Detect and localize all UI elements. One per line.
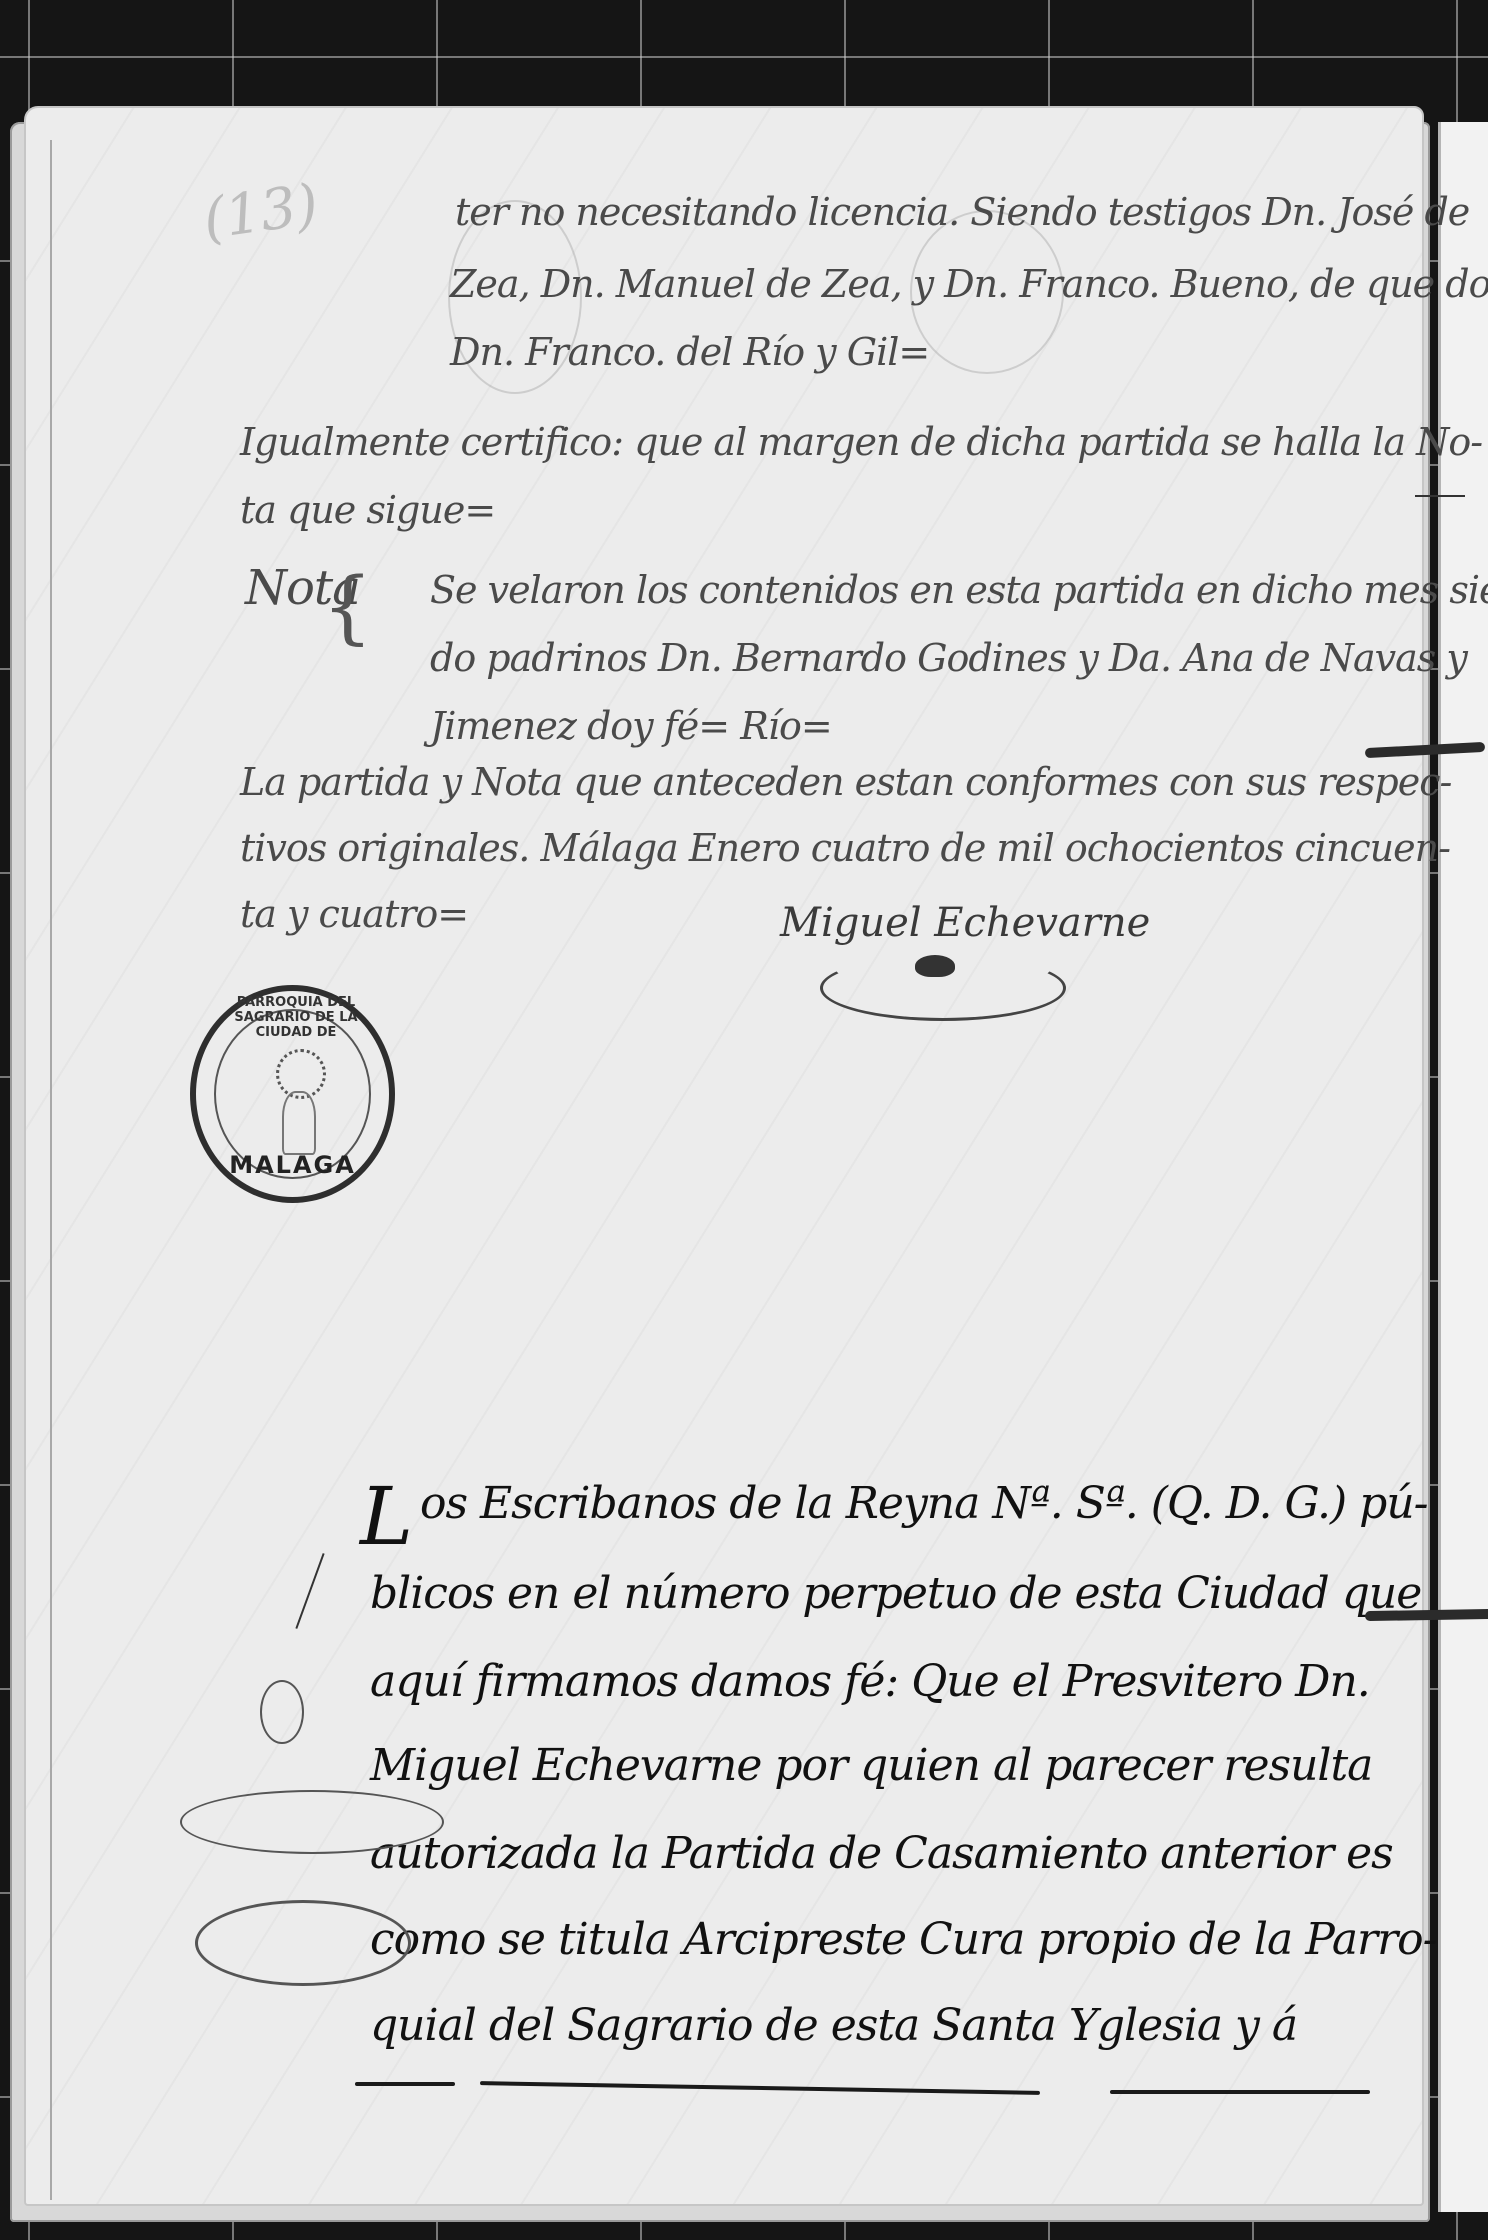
text-line: aquí firmamos damos fé: Que el Presviter… [370,1656,1370,1707]
text-line: autorizada la Partida de Casamiento ante… [370,1828,1393,1879]
binding-thread [1365,1609,1488,1621]
text-line: ta y cuatro= [240,892,468,936]
ink-blot [915,955,955,977]
closing-underline [1110,2090,1370,2094]
signature-miguel-echevarne: Miguel Echevarne [780,900,1150,946]
edge-marker [1415,495,1465,497]
stamp-arc-text: PARROQUIA DEL SAGRARIO DE LA CIUDAD DE [206,995,386,1040]
page-fold-line [50,140,52,2200]
folio-number: (13) [199,173,320,277]
text-line: ta que sigue= [240,488,495,532]
text-line: tivos originales. Málaga Enero cuatro de… [240,826,1450,870]
margin-flourish-loop [260,1680,304,1744]
text-line: Dn. Franco. del Río y Gil= [450,330,929,374]
stamp-figure-icon [282,1091,316,1155]
margin-flourish-oval [180,1790,444,1854]
text-line: Se velaron los contenidos en esta partid… [430,568,1488,612]
text-line: quial del Sagrario de esta Santa Yglesia… [370,2000,1297,2051]
text-line: blicos en el número perpetuo de esta Ciu… [370,1568,1421,1619]
drop-cap-letter: L [360,1470,413,1563]
text-line: Igualmente certifico: que al margen de d… [240,420,1482,464]
margin-flourish-oval [195,1900,411,1986]
text-line: La partida y Nota que anteceden estan co… [240,760,1451,804]
text-line: Zea, Dn. Manuel de Zea, y Dn. Franco. Bu… [450,262,1488,306]
stamp-city: MALAGA [196,1151,389,1179]
text-line: como se titula Arcipreste Cura propio de… [370,1914,1436,1965]
text-line: ter no necesitando licencia. Siendo test… [455,190,1469,234]
text-line: Jimenez doy fé= Río= [430,704,832,748]
closing-underline [355,2082,455,2086]
brace-mark: { [322,560,373,653]
text-line: Miguel Echevarne por quien al parecer re… [370,1740,1372,1791]
text-line: os Escribanos de la Reyna Nª. Sª. (Q. D.… [420,1478,1428,1529]
text-line: do padrinos Dn. Bernardo Godines y Da. A… [430,636,1467,680]
parish-ink-stamp: PARROQUIA DEL SAGRARIO DE LA CIUDAD DE M… [190,985,395,1203]
